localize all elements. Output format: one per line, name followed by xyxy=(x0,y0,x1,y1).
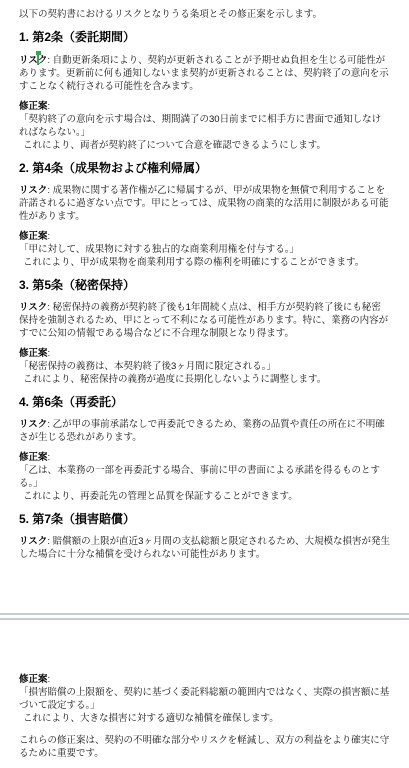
risk-colon: : xyxy=(47,536,50,547)
amendment-note: これにより、大きな損害に対する適切な補償を確保します。 xyxy=(19,712,390,725)
page-1: 以下の契約書におけるリスクとなりうる条項とその修正案を示します。 1. 第2条（… xyxy=(0,0,409,613)
risk-label: リスク xyxy=(19,302,47,313)
amendment-quote: 「契約終了の意向を示す場合は、期間満了の30日前までに相手方に書面で通知しなけれ… xyxy=(19,113,390,139)
amendment-quote: 「甲に対して、成果物に対する独占的な商業利用権を付与する。」 xyxy=(19,243,390,256)
intro-text: 以下の契約書におけるリスクとなりうる条項とその修正案を示します。 xyxy=(19,8,390,21)
risk-text: 賠償額の上限が直近3ヶ月間の支払総額と限定されるため、大規模な損害が発生した場合… xyxy=(19,536,390,560)
amendment-paragraph: 修正案:「秘密保持の義務は、本契約終了後3ヶ月間に限定される。」これにより、秘密… xyxy=(19,347,390,386)
risk-colon: : xyxy=(47,185,50,196)
risk-label: リスク xyxy=(19,185,47,196)
section-heading: 3. 第5条（秘密保持） xyxy=(19,278,390,293)
risk-label: リスク xyxy=(19,55,47,66)
amendment-quote: 「秘密保持の義務は、本契約終了後3ヶ月間に限定される。」 xyxy=(19,360,390,373)
risk-text: 自動更新条項により、契約が更新されることが予期せぬ負担を生じる可能性があります。… xyxy=(19,55,389,92)
amendment-label-line: 修正案: xyxy=(19,451,390,464)
amendment-note: これにより、両者が契約終了について合意を確認できるようにします。 xyxy=(19,139,390,152)
risk-label: リスク xyxy=(19,536,47,547)
amendment-label-line: 修正案: xyxy=(19,100,390,113)
contract-section: 3. 第5条（秘密保持） リスク: 秘密保持の義務が契約終了後も1年間続く点は、… xyxy=(19,278,390,386)
amendment-label: 修正案 xyxy=(19,674,48,685)
amendment-colon: : xyxy=(48,231,51,242)
closing-text: これらの修正案は、契約の不明確な部分やリスクを軽減し、双方の利益をより確実に守る… xyxy=(19,734,390,760)
amendment-paragraph: 修正案:「乙は、本業務の一部を再委託する場合、事前に甲の書面による承諾を得るもの… xyxy=(19,451,390,503)
contract-section: 4. 第6条（再委託） リスク: 乙が甲の事前承諾なしで再委託できるため、業務の… xyxy=(19,395,390,503)
section-heading: 1. 第2条（委託期間） xyxy=(19,30,390,45)
risk-colon: : xyxy=(47,302,50,313)
amendment-label: 修正案 xyxy=(19,101,48,112)
amendment-colon: : xyxy=(48,348,51,359)
amendment-label: 修正案 xyxy=(19,452,48,463)
section-heading: 5. 第7条（損害賠償） xyxy=(19,512,390,527)
risk-colon: : xyxy=(47,419,50,430)
amendment-label-line: 修正案: xyxy=(19,230,390,243)
page-2: 修正案:「損害賠償の上限額を、契約に基づく委託料総額の範囲内ではなく、実際の損害… xyxy=(0,620,409,761)
amendment-paragraph-section5: 修正案:「損害賠償の上限額を、契約に基づく委託料総額の範囲内ではなく、実際の損害… xyxy=(19,673,390,725)
text-cursor xyxy=(37,53,39,65)
amendment-note: これにより、甲が成果物を商業利用する際の権利を明確にすることができます。 xyxy=(19,256,390,269)
section-heading: 4. 第6条（再委託） xyxy=(19,395,390,410)
page-break-divider xyxy=(0,613,409,620)
risk-paragraph: リスク: 成果物に関する著作権が乙に帰属するが、甲が成果物を無償で利用することを… xyxy=(19,184,390,223)
risk-paragraph: リスク: 秘密保持の義務が契約終了後も1年間続く点は、相手方が契約終了後にも秘密… xyxy=(19,301,390,340)
amendment-quote: 「損害賠償の上限額を、契約に基づく委託料総額の範囲内ではなく、実際の損害額に基づ… xyxy=(19,686,390,712)
amendment-note: これにより、秘密保持の義務が過度に長期化しないように調整します。 xyxy=(19,373,390,386)
amendment-label: 修正案 xyxy=(19,231,48,242)
amendment-colon: : xyxy=(48,674,51,685)
risk-text: 秘密保持の義務が契約終了後も1年間続く点は、相手方が契約終了後にも秘密保持を強制… xyxy=(19,302,388,339)
amendment-paragraph: 修正案:「契約終了の意向を示す場合は、期間満了の30日前までに相手方に書面で通知… xyxy=(19,100,390,152)
amendment-quote: 「乙は、本業務の一部を再委託する場合、事前に甲の書面による承諾を得るものとする。… xyxy=(19,464,390,490)
contract-section: 5. 第7条（損害賠償） リスク: 賠償額の上限が直近3ヶ月間の支払総額と限定さ… xyxy=(19,512,390,561)
amendment-colon: : xyxy=(48,452,51,463)
amendment-note: これにより、再委託先の管理と品質を保証することができます。 xyxy=(19,490,390,503)
risk-text: 成果物に関する著作権が乙に帰属するが、甲が成果物を無償で利用することを許諾される… xyxy=(19,185,389,222)
risk-label: リスク xyxy=(19,419,47,430)
amendment-label: 修正案 xyxy=(19,348,48,359)
risk-paragraph: リスク: 自動更新条項により、契約が更新されることが予期せぬ負担を生じる可能性が… xyxy=(19,53,390,93)
amendment-colon: : xyxy=(48,101,51,112)
risk-text: 乙が甲の事前承諾なしで再委託できるため、業務の品質や責任の所在に不明確さが生じる… xyxy=(19,419,385,443)
amendment-label-line: 修正案: xyxy=(19,347,390,360)
risk-paragraph: リスク: 乙が甲の事前承諾なしで再委託できるため、業務の品質や責任の所在に不明確… xyxy=(19,418,390,444)
sections-container: 1. 第2条（委託期間） リスク: 自動更新条項により、契約が更新されることが予… xyxy=(19,30,390,561)
contract-section: 1. 第2条（委託期間） リスク: 自動更新条項により、契約が更新されることが予… xyxy=(19,30,390,152)
amendment-paragraph: 修正案:「甲に対して、成果物に対する独占的な商業利用権を付与する。」これにより、… xyxy=(19,230,390,269)
risk-colon: : xyxy=(47,55,50,66)
contract-section: 2. 第4条（成果物および権利帰属） リスク: 成果物に関する著作権が乙に帰属す… xyxy=(19,161,390,269)
section-heading: 2. 第4条（成果物および権利帰属） xyxy=(19,161,390,176)
document-view: 以下の契約書におけるリスクとなりうる条項とその修正案を示します。 1. 第2条（… xyxy=(0,0,409,761)
risk-paragraph: リスク: 賠償額の上限が直近3ヶ月間の支払総額と限定されるため、大規模な損害が発… xyxy=(19,535,390,561)
amendment-label-line: 修正案: xyxy=(19,673,390,686)
